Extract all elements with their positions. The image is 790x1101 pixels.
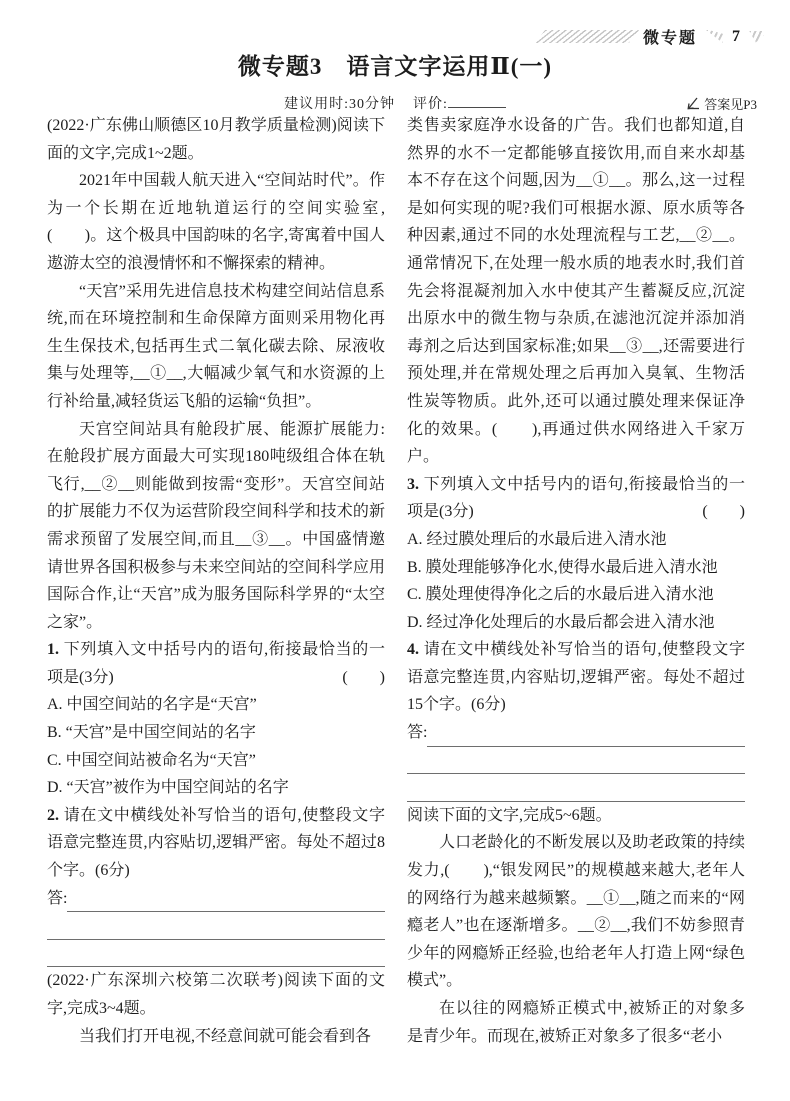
passage-source: (2022·广东深圳六校第二次联考)阅读下面的文字,完成3~4题。 bbox=[47, 967, 385, 1022]
angle-arrow-icon bbox=[686, 97, 700, 110]
hatch-decoration bbox=[535, 30, 639, 43]
question-number: 2. bbox=[47, 807, 59, 824]
question-number: 4. bbox=[407, 641, 419, 658]
meta-center: 建议用时:30分钟评价: bbox=[0, 93, 790, 113]
option-b: B. 膜处理能够净化水,使得水最后进入清水池 bbox=[407, 554, 745, 582]
answer-blank-line bbox=[407, 774, 745, 802]
question-number: 1. bbox=[47, 641, 59, 658]
answer-blank-line bbox=[47, 940, 385, 968]
passage-paragraph: 当我们打开电视,不经意间就可能会看到各 bbox=[47, 1023, 385, 1051]
passage-paragraph: 人口老龄化的不断发展以及助老政策的持续发力,( ),“银发网民”的规模越来越大,… bbox=[407, 829, 745, 995]
answers-reference: 答案见P3 bbox=[686, 94, 757, 113]
rating-label: 评价: bbox=[413, 97, 448, 112]
option-a: A. 中国空间站的名字是“天宫” bbox=[47, 691, 385, 719]
question-number: 3. bbox=[407, 476, 419, 493]
option-d: D. 经过净化处理后的水最后都会进入清水池 bbox=[407, 609, 745, 637]
question-1-stem: 1. 下列填入文中括号内的语句,衔接最恰当的一项是(3分) ( ) bbox=[47, 636, 385, 691]
passage-paragraph: 2021年中国载人航天进入“空间站时代”。作为一个长期在近地轨道运行的空间实验室… bbox=[47, 167, 385, 277]
option-b: B. “天宫”是中国空间站的名字 bbox=[47, 719, 385, 747]
question-2-stem: 2. 请在文中横线处补写恰当的语句,使整段文字语意完整连贯,内容贴切,逻辑严密。… bbox=[47, 802, 385, 885]
triangle-tail-icon bbox=[749, 31, 764, 43]
question-text: 下列填入文中括号内的语句,衔接最恰当的一项是(3分) bbox=[407, 476, 745, 521]
left-column: (2022·广东佛山顺德区10月教学质量检测)阅读下面的文字,完成1~2题。 2… bbox=[47, 112, 385, 1050]
passage-paragraph: “天宫”采用先进信息技术构建空间站信息系统,而在环境控制和生命保障方面则采用物化… bbox=[47, 278, 385, 416]
answer-blank-line bbox=[407, 747, 745, 775]
answer-label: 答: bbox=[407, 719, 427, 747]
triangle-decoration-icon bbox=[706, 30, 723, 43]
answer-row: 答: bbox=[407, 719, 745, 747]
answer-blank-line bbox=[47, 912, 385, 940]
question-1: 1. 下列填入文中括号内的语句,衔接最恰当的一项是(3分) ( ) A. 中国空… bbox=[47, 636, 385, 802]
passage-paragraph: 类售卖家庭净水设备的广告。我们也都知道,自然界的水不一定都能够直接饮用,而自来水… bbox=[407, 112, 745, 471]
passage-source: (2022·广东佛山顺德区10月教学质量检测)阅读下面的文字,完成1~2题。 bbox=[47, 112, 385, 167]
question-3: 3. 下列填入文中括号内的语句,衔接最恰当的一项是(3分) ( ) A. 经过膜… bbox=[407, 471, 745, 637]
page-number: 7 bbox=[732, 28, 740, 46]
suggested-time-label: 建议用时:30分钟 bbox=[284, 97, 395, 112]
question-2: 2. 请在文中横线处补写恰当的语句,使整段文字语意完整连贯,内容贴切,逻辑严密。… bbox=[47, 802, 385, 968]
question-4-stem: 4. 请在文中横线处补写恰当的语句,使整段文字语意完整连贯,内容贴切,逻辑严密。… bbox=[407, 636, 745, 719]
rating-blank-line bbox=[448, 93, 506, 108]
running-head: 微专题 7 bbox=[540, 25, 764, 48]
answer-label: 答: bbox=[47, 885, 67, 913]
answer-blank-line bbox=[427, 721, 745, 747]
question-text: 请在文中横线处补写恰当的语句,使整段文字语意完整连贯,内容贴切,逻辑严密。每处不… bbox=[407, 641, 745, 713]
answer-row: 答: bbox=[47, 885, 385, 913]
question-4: 4. 请在文中横线处补写恰当的语句,使整段文字语意完整连贯,内容贴切,逻辑严密。… bbox=[407, 636, 745, 802]
option-c: C. 膜处理使得净化之后的水最后进入清水池 bbox=[407, 581, 745, 609]
page-title: 微专题3 语言文字运用Ⅱ(一) bbox=[0, 48, 790, 81]
answers-ref-label: 答案见P3 bbox=[704, 94, 757, 113]
section-label: 微专题 bbox=[643, 25, 697, 48]
option-a: A. 经过膜处理后的水最后进入清水池 bbox=[407, 526, 745, 554]
question-text: 下列填入文中括号内的语句,衔接最恰当的一项是(3分) bbox=[47, 641, 385, 686]
answer-blank-line bbox=[67, 886, 385, 912]
option-c: C. 中国空间站被命名为“天宫” bbox=[47, 747, 385, 775]
passage-paragraph: 在以往的网瘾矫正模式中,被矫正的对象多是青少年。而现在,被矫正对象多了很多“老小 bbox=[407, 995, 745, 1050]
passage-paragraph: 天宫空间站具有舱段扩展、能源扩展能力:在舱段扩展方面最大可实现180吨级组合体在… bbox=[47, 416, 385, 637]
question-text: 请在文中横线处补写恰当的语句,使整段文字语意完整连贯,内容贴切,逻辑严密。每处不… bbox=[47, 807, 385, 879]
question-3-stem: 3. 下列填入文中括号内的语句,衔接最恰当的一项是(3分) ( ) bbox=[407, 471, 745, 526]
option-d: D. “天宫”被作为中国空间站的名字 bbox=[47, 774, 385, 802]
answer-bracket: ( ) bbox=[702, 498, 745, 526]
right-column: 类售卖家庭净水设备的广告。我们也都知道,自然界的水不一定都能够直接饮用,而自来水… bbox=[407, 112, 745, 1050]
passage-source: 阅读下面的文字,完成5~6题。 bbox=[407, 802, 745, 830]
answer-bracket: ( ) bbox=[342, 664, 385, 692]
body-columns: (2022·广东佛山顺德区10月教学质量检测)阅读下面的文字,完成1~2题。 2… bbox=[47, 112, 745, 1050]
workbook-page: 微专题 7 微专题3 语言文字运用Ⅱ(一) 建议用时:30分钟评价: 答案见P3… bbox=[0, 0, 790, 1101]
